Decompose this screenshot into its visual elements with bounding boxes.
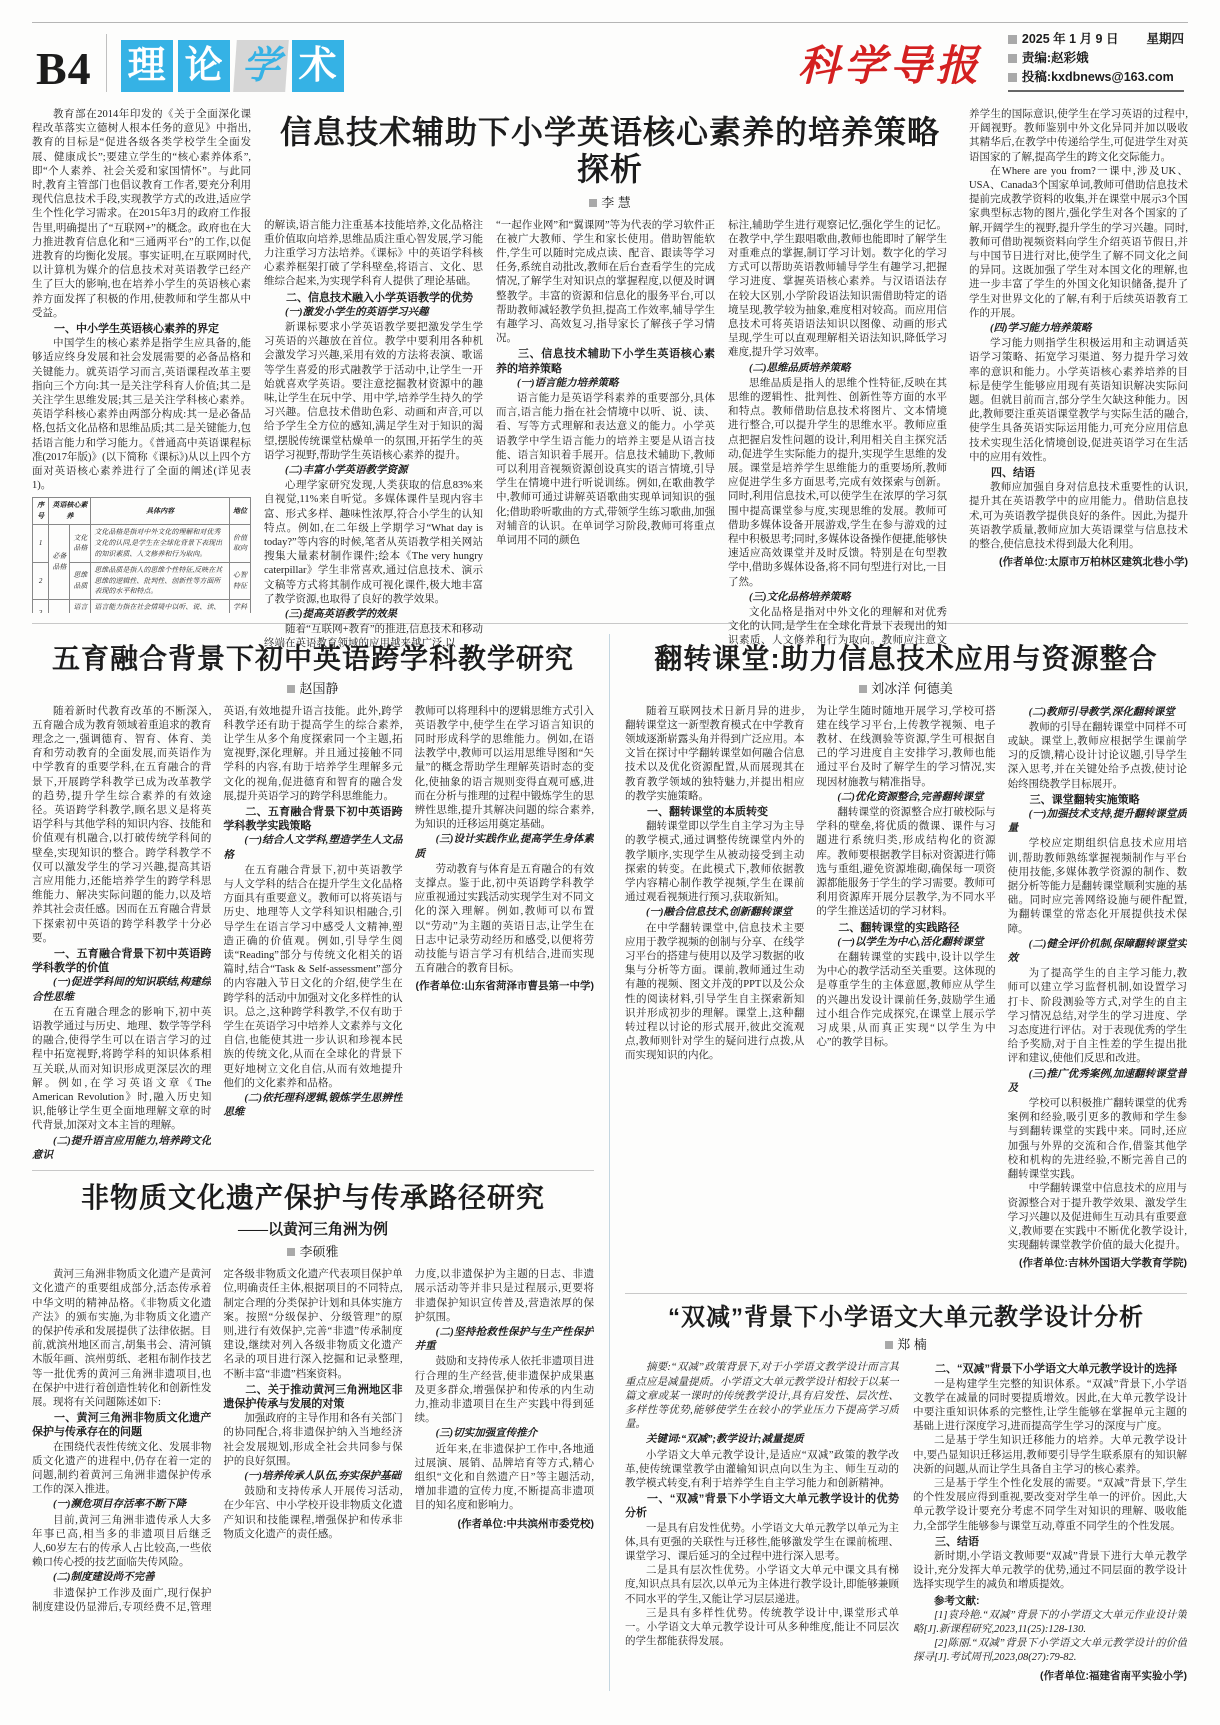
submission-email: 投稿:kxdbnews@163.com [1022, 68, 1174, 87]
paragraph: 目前,黄河三角洲非遗传承人大多年事已高,相当多的非遗项目后继乏人,60岁左右的传… [32, 1514, 211, 1571]
table-cell: 心智特征 [229, 562, 250, 600]
reference-entry: [2]陈丽.“双减”背景下小学语文大单元教学设计的价值探寻[J].考试周刊,20… [913, 1637, 1187, 1665]
paragraph: 在翻转课堂的实践中,设计以学生为中心的教学活动至关重要。这体现的是尊重学生的主体… [816, 951, 995, 1050]
table-cell: 思维品质 [70, 562, 91, 600]
table-cell: 语言能力指在社会情境中以听、说、读、看、写等方式理解和表达意义的能力。 [91, 600, 230, 613]
table-row: 1必备品格文化品格文化品格是指对中外文化的理解和对优秀文化的认同,是学生在全球化… [33, 525, 251, 563]
sub-heading: (二)健全评价机制,保障翻转课堂实效 [1008, 938, 1187, 966]
article-byline: 李硕雅 [32, 1241, 594, 1260]
sub-heading: (一)融合信息技术,创新翻转课堂 [625, 906, 804, 920]
sub-heading: (二)优化资源整合,完善翻转课堂 [816, 791, 995, 805]
article-column: 标注,辅助学生进行观察记忆,强化学生的记忆。在教学中,学生跟唱歌曲,教师也能即时… [728, 219, 947, 649]
publish-date: 2025 年 1 月 9 日 [1022, 30, 1119, 49]
keywords: 关键词:“双减”;教学设计;减量提质 [625, 1433, 899, 1447]
paragraph: 随着互联网技术日新月异的进步,翻转课堂这一新型教育模式在中学教育领域逐渐崭露头角… [625, 705, 804, 804]
paragraph: “一起作业网”和“翼课网”等为代表的学习软件正在被广大教师、学生和家长使用。借助… [496, 219, 715, 347]
paragraph: 鼓励和支持传承人依托非遗项目进行合理的生产经营,使非遗保护成果惠及更多群众,增强… [415, 1355, 594, 1426]
paragraph: 新课标要求小学英语教学要把激发学生学习英语的兴趣放在首位。教学中要利用各种机会激… [264, 321, 483, 463]
author-affiliation: (作者单位:中共滨州市委党校) [415, 1517, 594, 1531]
paragraph: 在五育融合理念的影响下,初中英语教学通过与历史、地理、数学等学科的融合,使得学生… [32, 1006, 211, 1134]
sub-heading: (二)依托理科逻辑,锻炼学生思辨性思维 [223, 1092, 402, 1120]
sub-heading: (二)丰富小学英语教学资源 [264, 464, 483, 478]
table-cell: 1 [33, 525, 49, 563]
article-column: 力度,以非遗保护为主题的日志、非遗展示活动等并非只是过程展示,更要将非遗保护知识… [415, 1268, 594, 1613]
editor: 责编:赵彩娥 [1022, 49, 1089, 68]
paragraph: 鼓励和支持传承人开展传习活动,在少年宫、中小学校开设非物质文化遗产知识和技能课程… [223, 1485, 402, 1542]
byline-square-icon [287, 1248, 295, 1256]
article-column: 随着互联网技术日新月异的进步,翻转课堂这一新型教育模式在中学教育领域逐渐崭露头角… [625, 705, 804, 1283]
article-column: 的解读,语言能力注重基本技能培养,文化品格注重价值取向培养,思维品质注重心智发展… [264, 219, 483, 649]
article-column: 为让学生随时随地开展学习,学校可搭建在线学习平台,上传教学视频、电子教材、在线测… [816, 705, 995, 1283]
editor-line: 责编:赵彩娥 [1008, 49, 1184, 68]
submit-line: 投稿:kxdbnews@163.com [1008, 68, 1184, 87]
paragraph: 学校应定期组织信息技术应用培训,帮助教师熟练掌握视频制作与平台使用技能,多媒体教… [1008, 837, 1187, 936]
lower-section: 五育融合背景下初中英语跨学科教学研究 赵国静 随着新时代教育改革的不断深入,五育… [32, 634, 1188, 1691]
article-column: 黄河三角洲非物质文化遗产是黄河文化遗产的重要组成部分,活态传承着中华文明的精神品… [32, 1268, 211, 1613]
sub-heading: (二)提升语言应用能力,培养跨文化意识 [32, 1135, 211, 1160]
paragraph: 定各级非物质文化遗产代表项目保护单位,明确责任主体,根据项目的不同特点,制定合理… [223, 1268, 402, 1382]
section-heading: 二、翻转课堂的实践路径 [816, 921, 995, 935]
article-headline: 五育融合背景下初中英语跨学科教学研究 [32, 642, 594, 676]
weekday: 星期四 [1146, 30, 1184, 49]
table-cell: 思维品质是指人的思维个性特征,反映在其思维的逻辑性、批判性、创新性等方面所表现的… [91, 562, 230, 600]
table-header: 序号 [33, 498, 49, 525]
author-affiliation: (作者单位:山东省菏泽市曹县第一中学) [415, 979, 594, 993]
bullet-square-icon [1008, 73, 1017, 82]
section-logo-char: 论 [178, 40, 230, 92]
author-affiliation: (作者单位:吉林外国语大学教育学院) [1008, 1256, 1187, 1270]
paragraph: 心理学家研究发现,人类获取的信息83%来自视觉,11%来自听觉。多媒体课件呈现内… [264, 479, 483, 607]
paragraph: 二是具有层次性优势。小学语文大单元中课文具有梯度,知识点具有层次,以单元为主体进… [625, 1564, 899, 1607]
sub-heading: (一)促进学科间的知识联结,构建综合性思维 [32, 976, 211, 1004]
author-name: 赵国静 [299, 681, 338, 696]
article-subtitle: ——以黄河三角洲为例 [32, 1218, 594, 1239]
paragraph: 小学语文大单元教学设计,是适应“双减”政策的教学改革,使传统课堂教学由灌输知识点… [625, 1449, 899, 1492]
article-column: “一起作业网”和“翼课网”等为代表的学习软件正在被广大教师、学生和家长使用。借助… [496, 219, 715, 649]
sub-heading: (三)切实加强宣传推介 [415, 1427, 594, 1441]
masthead-left: B4 理 论 学 术 [36, 34, 344, 92]
paragraph: 在中学翻转课堂中,信息技术主要应用于教学视频的创制与分享、在线学习平台的搭建与使… [625, 922, 804, 1064]
paragraph: 随着新时代教育改革的不断深入,五育融合成为教育领域着重追求的教育理念之一,强调德… [32, 705, 211, 946]
table-cell: 2 [33, 562, 49, 600]
table-cell: 语言能力 [70, 600, 91, 613]
paragraph: 标注,辅助学生进行观察记忆,强化学生的记忆。在教学中,学生跟唱歌曲,教师也能即时… [728, 219, 947, 361]
section-logo-char: 学 [233, 40, 289, 92]
paragraph: 教师应加强自身对信息技术重要性的认识,提升其在英语教学中的应用能力。借助信息技术… [969, 481, 1188, 552]
paragraph: 翻转课堂的资源整合应打破校际与学科的壁垒,将优质的微课、课件与习题进行系统归类,… [816, 806, 995, 920]
sub-heading: (一)以学生为中心,活化翻转课堂 [816, 936, 995, 950]
paragraph: 三是基于学生个性化发展的需要。“双减”背景下,学生的个性发展应得到重视,要改变对… [913, 1477, 1187, 1534]
article-byline: 赵国静 [32, 678, 594, 697]
section-heading: 一、翻转课堂的本质转变 [625, 805, 804, 819]
paragraph: 思维品质是指人的思维个性特征,反映在其思维的逻辑性、批判性、创新性等方面的水平和… [728, 377, 947, 590]
article-column: 摘要:“双减”政策背景下,对于小学语文教学设计而言其重点应是减量提质。小学语文大… [625, 1361, 899, 1691]
sub-heading: (一)激发小学生的英语学习兴趣 [264, 306, 483, 320]
article-info-tech-english: 教育部在2014年印发的《关于全面深化课程改革落实立德树人根本任务的意见》中指出… [32, 108, 1188, 613]
article-byline: 刘冰洋 何德美 [625, 678, 1187, 697]
paragraph: 力度,以非遗保护为主题的日志、非遗展示活动等并非只是过程展示,更要将非遗保护知识… [415, 1268, 594, 1325]
table-cell: 价值取向 [229, 525, 250, 563]
paragraph: 学校可以积极推广翻转课堂的优秀案例和经验,吸引更多的教师和学生参与到翻转课堂的实… [1008, 1097, 1187, 1182]
paragraph: 教师的引导在翻转课堂中同样不可或缺。课堂上,教师应根据学生课前学习的反馈,精心设… [1008, 721, 1187, 792]
table-header: 具体内容 [91, 498, 230, 525]
core-competency-table: 序号英语核心素养具体内容地位1必备品格文化品格文化品格是指对中外文化的理解和对优… [32, 497, 251, 613]
article-headline: 翻转课堂:助力信息技术应用与资源整合 [625, 642, 1187, 676]
table-header: 地位 [229, 498, 250, 525]
masthead: B4 理 论 学 术 科学导报 2025 年 1 月 9 日 星期四 [32, 22, 1188, 100]
table-row: 3关键能力语言能力语言能力指在社会情境中以听、说、读、看、写等方式理解和表达意义… [33, 600, 251, 613]
article-column: 教育部在2014年印发的《关于全面深化课程改革落实立德树人根本任务的意见》中指出… [32, 108, 251, 613]
paragraph: 学习能力则指学生积极运用和主动调适英语学习策略、拓宽学习渠道、努力提升学习效率的… [969, 337, 1188, 465]
section-heading: 一、五育融合背景下初中英语跨学科教学的价值 [32, 947, 211, 975]
paragraph: 非遗保护工作涉及面广,现行保护制度建设仍显滞后,专项经费不足,管理机制有待健全,… [32, 1587, 211, 1614]
references-heading: 参考文献: [913, 1594, 1187, 1608]
section-heading: 二、五育融合背景下初中英语跨学科教学实践策略 [223, 805, 402, 833]
section-heading: 三、课堂翻转实施策略 [1008, 793, 1187, 807]
section-divider [32, 1170, 594, 1171]
section-heading: 三、信息技术辅助下小学生英语核心素养的培养策略 [496, 347, 715, 375]
masthead-right: 科学导报 2025 年 1 月 9 日 星期四 责编:赵彩娥 投稿:kxdbne… [798, 30, 1184, 92]
table-cell: 文化品格是指对中外文化的理解和对优秀文化的认同,是学生在全球化背景下表现出的知识… [91, 525, 230, 563]
article-five-education-fusion: 五育融合背景下初中英语跨学科教学研究 赵国静 随着新时代教育改革的不断深入,五育… [32, 642, 594, 1160]
byline-square-icon [589, 199, 597, 207]
date-line: 2025 年 1 月 9 日 星期四 [1008, 30, 1184, 49]
paragraph: 为了提高学生的自主学习能力,教师可以建立学习监督机制,如设置学习打卡、阶段测验等… [1008, 967, 1187, 1066]
bullet-square-icon [1008, 54, 1017, 63]
article-byline: 郑 楠 [625, 1334, 1187, 1353]
sub-heading: (二)制度建设尚不完善 [32, 1571, 211, 1585]
paragraph: 养学生的国际意识,使学生在学习英语的过程中,开阔视野。教师鉴别中外文化异同并加以… [969, 108, 1188, 165]
article-headline: “双减”背景下小学语文大单元教学设计分析 [625, 1304, 1187, 1333]
paragraph: 新时期,小学语文教师要“双减”背景下进行大单元教学设计,充分发挥大单元教学的优势… [913, 1550, 1187, 1593]
right-half: 翻转课堂:助力信息技术应用与资源整合 刘冰洋 何德美 随着互联网技术日新月异的进… [625, 634, 1187, 1691]
author-name: 李 慧 [601, 195, 631, 210]
paragraph: 在围绕代表性传统文化、发展非物质文化遗产的进程中,仍存在着一定的问题,制约着黄河… [32, 1441, 211, 1498]
section-heading: 一、“双减”背景下小学语文大单元教学设计的优势分析 [625, 1492, 899, 1520]
article-column: 教师可以将理科中的逻辑思维方式引入英语教学中,使学生在学习语言知识的同时形成科学… [415, 705, 594, 1160]
bullet-square-icon [1008, 35, 1017, 44]
author-name: 李硕雅 [299, 1244, 338, 1259]
paragraph: 二是基于学生知识迁移能力的培养。大单元教学设计中,要凸显知识迁移运用,教师要引导… [913, 1434, 1187, 1477]
author-name: 刘冰洋 何德美 [871, 681, 953, 696]
sub-heading: (三)提高英语教学的效果 [264, 608, 483, 622]
section-heading: 四、结语 [969, 466, 1188, 480]
section-logo: 理 论 学 术 [121, 40, 344, 92]
paragraph: 劳动教育与体育是五育融合的有效支撑点。鉴于此,初中英语跨学科教学应重视通过实践活… [415, 863, 594, 977]
section-heading: 一、中小学生英语核心素养的界定 [32, 322, 251, 336]
section-heading: 二、信息技术融入小学英语教学的优势 [264, 291, 483, 305]
paragraph: 的解读,语言能力注重基本技能培养,文化品格注重价值取向培养,思维品质注重心智发展… [264, 219, 483, 290]
abstract: 摘要:“双减”政策背景下,对于小学语文教学设计而言其重点应是减量提质。小学语文大… [625, 1361, 899, 1432]
article-column: 随着新时代教育改革的不断深入,五育融合成为教育领域着重追求的教育理念之一,强调德… [32, 705, 211, 1160]
author-affiliation: (作者单位:福建省南平实验小学) [913, 1669, 1187, 1683]
author-name: 郑 楠 [897, 1337, 927, 1352]
article-column: 定各级非物质文化遗产代表项目保护单位,明确责任主体,根据项目的不同特点,制定合理… [223, 1268, 402, 1613]
sub-heading: (四)学习能力培养策略 [969, 322, 1188, 336]
section-heading: 三、结语 [913, 1535, 1187, 1549]
sub-heading: (二)思维品质培养策略 [728, 362, 947, 376]
sub-heading: (二)坚持抢救性保护与生产性保护并重 [415, 1326, 594, 1354]
paragraph: 三是具有多样性优势。传统教学设计中,课堂形式单一。小学语文大单元教学设计可从多种… [625, 1607, 899, 1650]
paragraph: 中国学生的核心素养是指学生应具备的,能够适应终身发展和社会发展需要的必备品格和关… [32, 337, 251, 493]
reference-entry: [1]袁玲艳.“双减”背景下的小学语文大单元作业设计策略[J].新课程研究,20… [913, 1609, 1187, 1637]
vertical-divider [609, 634, 610, 1691]
table-cell: 3 [33, 600, 49, 613]
table-cell: 学科基础 [229, 600, 250, 613]
table-cell: 关键能力 [49, 600, 70, 613]
paragraph: 语言能力是英语学科素养的重要部分,具体而言,语言能力指在社会情境中以听、说、读、… [496, 392, 715, 548]
author-affiliation: (作者单位:太原市万柏林区建筑北巷小学) [969, 555, 1188, 569]
sub-heading: (一)培养传承人队伍,夯实保护基础 [223, 1470, 402, 1484]
section-heading: 二、关于推动黄河三角洲地区非遗保护传承与发展的对策 [223, 1383, 402, 1411]
left-half: 五育融合背景下初中英语跨学科教学研究 赵国静 随着新时代教育改革的不断深入,五育… [32, 634, 594, 1691]
page-number: B4 [36, 46, 92, 92]
paragraph: 教育部在2014年印发的《关于全面深化课程改革落实立德树人根本任务的意见》中指出… [32, 108, 251, 321]
sub-heading: (三)推广优秀案例,加速翻转课堂普及 [1008, 1068, 1187, 1096]
masthead-info: 2025 年 1 月 9 日 星期四 责编:赵彩娥 投稿:kxdbnews@16… [1008, 30, 1184, 92]
sub-heading: (三)设计实践作业,提高学生身体素质 [415, 833, 594, 861]
masthead-divider [106, 34, 107, 92]
section-logo-char: 术 [292, 40, 344, 92]
sub-heading: (一)结合人文学科,塑造学生人文品格 [223, 834, 402, 862]
paragraph: 黄河三角洲非物质文化遗产是黄河文化遗产的重要组成部分,活态传承着中华文明的精神品… [32, 1268, 211, 1410]
byline-square-icon [859, 685, 867, 693]
article-column: 二、“双减”背景下小学语文大单元教学设计的选择一是构建学生完整的知识体系。“双减… [913, 1361, 1187, 1691]
table-cell: 必备品格 [49, 525, 70, 600]
section-heading: 一、黄河三角洲非物质文化遗产保护与传承存在的问题 [32, 1411, 211, 1439]
newspaper-page: B4 理 论 学 术 科学导报 2025 年 1 月 9 日 星期四 [0, 0, 1220, 1725]
paragraph: 在Where are you from?一课中,涉及UK、USA、Canada3… [969, 165, 1188, 321]
paragraph: 一是构建学生完整的知识体系。“双减”背景下,小学语文教学在减量的同时要提质增效。… [913, 1378, 1187, 1435]
article-flipped-classroom: 翻转课堂:助力信息技术应用与资源整合 刘冰洋 何德美 随着互联网技术日新月异的进… [625, 642, 1187, 1283]
article-double-reduction: “双减”背景下小学语文大单元教学设计分析 郑 楠 摘要:“双减”政策背景下,对于… [625, 1304, 1187, 1692]
sub-heading: (二)教师引导教学,深化翻转课堂 [1008, 706, 1187, 720]
byline-square-icon [885, 1341, 893, 1349]
paragraph: 在五育融合背景下,初中英语教学与人文学科的结合在提升学生文化品格方面具有重要意义… [223, 864, 402, 1091]
sub-heading: (一)语言能力培养策略 [496, 377, 715, 391]
section-logo-char: 理 [121, 40, 173, 92]
paragraph: 教师可以将理科中的逻辑思维方式引入英语教学中,使学生在学习语言知识的同时形成科学… [415, 705, 594, 833]
article-intangible-heritage: 非物质文化遗产保护与传承路径研究 ——以黄河三角洲为例 李硕雅 黄河三角洲非物质… [32, 1181, 594, 1614]
paragraph: 一是具有启发性优势。小学语文大单元教学以单元为主体,具有更强的关联性与迁移性,能… [625, 1522, 899, 1565]
paragraph: 近年来,在非遗保护工作中,各地通过展演、展销、品牌培育等方式,精心组织“文化和自… [415, 1443, 594, 1514]
table-cell: 文化品格 [70, 525, 91, 563]
article-column: 养学生的国际意识,使学生在学习英语的过程中,开阔视野。教师鉴别中外文化异同并加以… [969, 108, 1188, 613]
sub-heading: (一)濒危项目存活率不断下降 [32, 1498, 211, 1512]
paper-name: 科学导报 [798, 46, 982, 92]
byline-square-icon [287, 685, 295, 693]
section-divider [625, 1293, 1187, 1294]
section-heading: 二、“双减”背景下小学语文大单元教学设计的选择 [913, 1362, 1187, 1376]
paragraph: 中学翻转课堂中信息技术的应用与资源整合对于提升教学效果、激发学生学习兴趣以及促进… [1008, 1182, 1187, 1253]
paragraph: 翻转课堂即以学生自主学习为主导的教学模式,通过调整传统课堂内外的教学顺序,实现学… [625, 820, 804, 905]
sub-heading: (一)加强技术支持,提升翻转课堂质量 [1008, 808, 1187, 836]
article-column: 英语,有效地提升语言技能。此外,跨学科教学还有助于提高学生的综合素养,让学生从多… [223, 705, 402, 1160]
article-headline: 非物质文化遗产保护与传承路径研究 [32, 1181, 594, 1215]
table-header: 英语核心素养 [49, 498, 91, 525]
paragraph: 为让学生随时随地开展学习,学校可搭建在线学习平台,上传教学视频、电子教材、在线测… [816, 705, 995, 790]
article-headline: 信息技术辅助下小学英语核心素养的培养策略探析 [264, 114, 956, 188]
paragraph: 加强政府的主导作用和各有关部门的协同配合,将非遗保护纳入当地经济社会发展规划,形… [223, 1412, 402, 1469]
paragraph: 英语,有效地提升语言技能。此外,跨学科教学还有助于提高学生的综合素养,让学生从多… [223, 705, 402, 804]
sub-heading: (三)文化品格培养策略 [728, 591, 947, 605]
article-byline: 李 慧 [264, 192, 956, 211]
article-column: (二)教师引导教学,深化翻转课堂教师的引导在翻转课堂中同样不可或缺。课堂上,教师… [1008, 705, 1187, 1283]
